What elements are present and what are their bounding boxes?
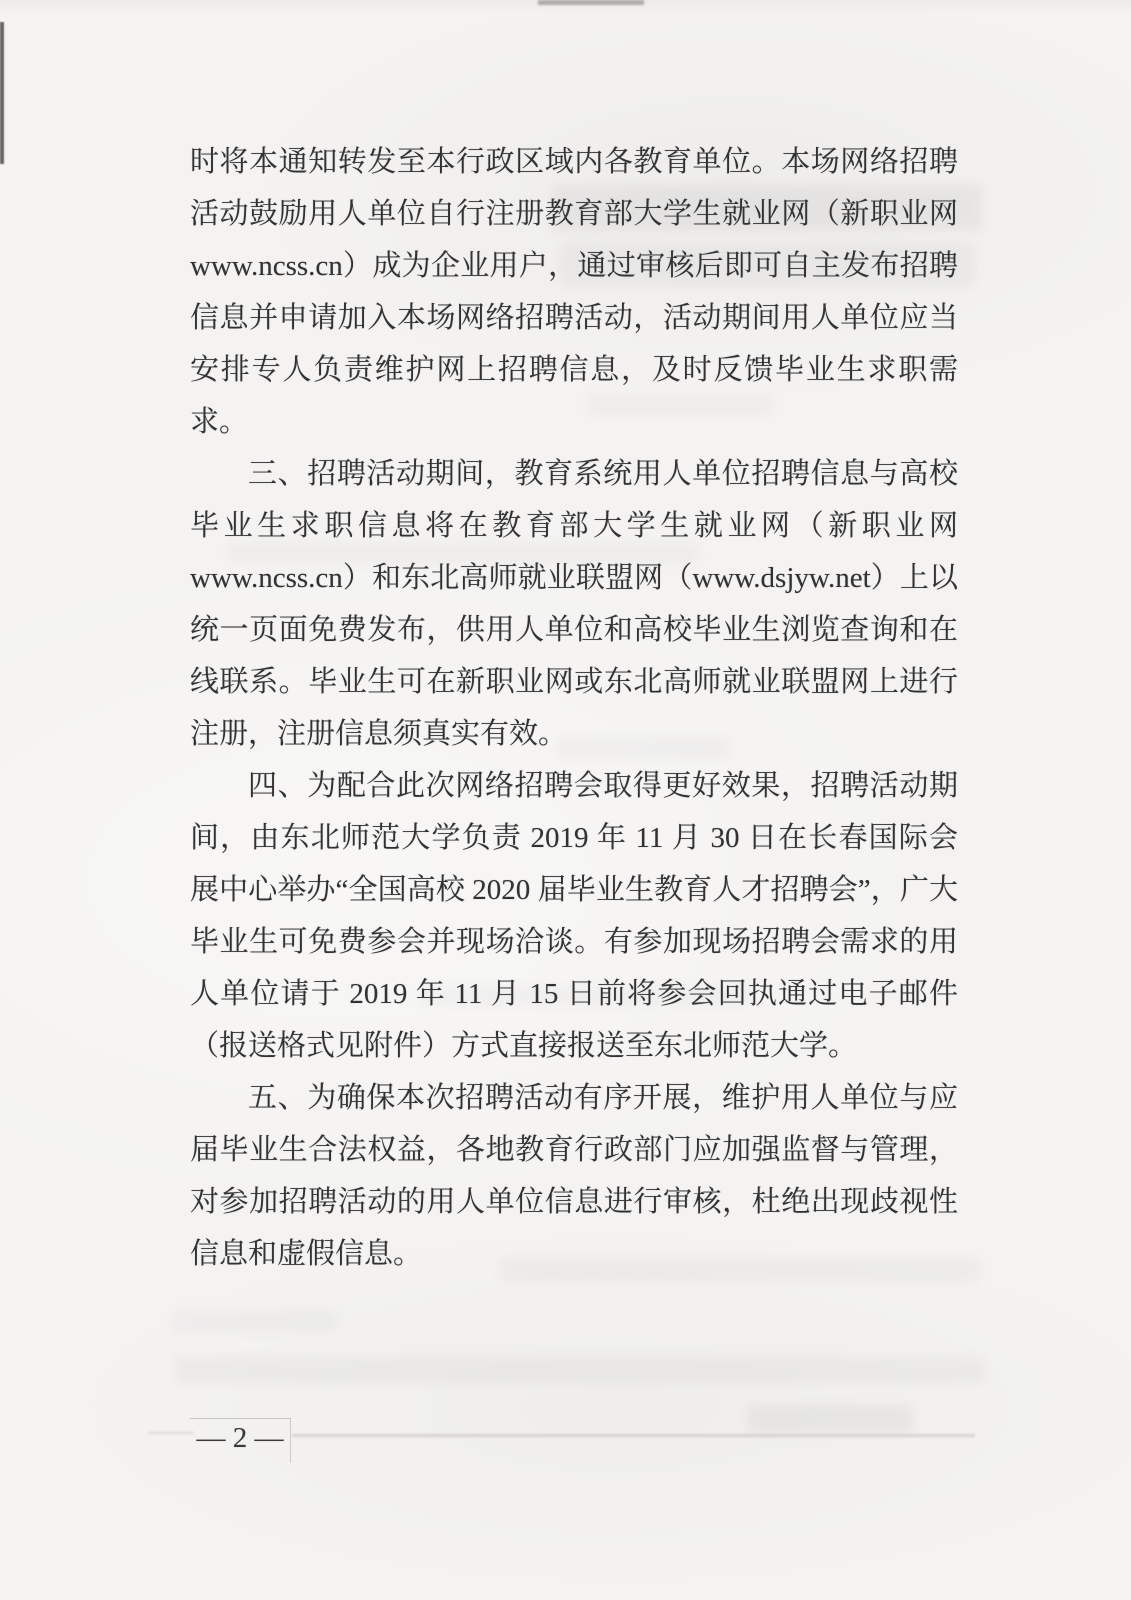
- text-line: 毕业生求职信息将在教育部大学生就业网（新职业网: [190, 500, 958, 552]
- text-line: 安排专人负责维护网上招聘信息，及时反馈毕业生求职需: [190, 344, 958, 396]
- text-line: 四、为配合此次网络招聘会取得更好效果，招聘活动期: [190, 760, 958, 812]
- page-number: — 2 —: [186, 1414, 294, 1462]
- text-line: 注册，注册信息须真实有效。: [190, 708, 958, 760]
- text-line: 对参加招聘活动的用人单位信息进行审核，杜绝出现歧视性: [190, 1176, 958, 1228]
- text-line: 三、招聘活动期间，教育系统用人单位招聘信息与高校: [190, 448, 958, 500]
- text-line: 信息并申请加入本场网络招聘活动，活动期间用人单位应当: [190, 292, 958, 344]
- text-line: 信息和虚假信息。: [190, 1228, 958, 1280]
- text-line: 人单位请于 2019 年 11 月 15 日前将参会回执通过电子邮件: [190, 968, 958, 1020]
- text-line: 统一页面免费发布，供用人单位和高校毕业生浏览查询和在: [190, 604, 958, 656]
- bleed-through-mark: [175, 1357, 985, 1383]
- text-line: 五、为确保本次招聘活动有序开展，维护用人单位与应: [190, 1072, 958, 1124]
- document-body: 时将本通知转发至本行政区域内各教育单位。本场网络招聘 活动鼓励用人单位自行注册教…: [190, 136, 958, 1280]
- scanner-edge-artifact: [538, 0, 644, 5]
- bleed-through-rule-line: [292, 1434, 975, 1437]
- text-line: 毕业生可免费参会并现场洽谈。有参加现场招聘会需求的用: [190, 916, 958, 968]
- text-line: 求。: [190, 396, 958, 448]
- text-line: （报送格式见附件）方式直接报送至东北师范大学。: [190, 1020, 958, 1072]
- text-line: www.ncss.cn）和东北高师就业联盟网（www.dsjyw.net）上以: [190, 552, 958, 604]
- text-line: 线联系。毕业生可在新职业网或东北高师就业联盟网上进行: [190, 656, 958, 708]
- text-line: 间，由东北师范大学负责 2019 年 11 月 30 日在长春国际会: [190, 812, 958, 864]
- scanner-edge-artifact: [0, 22, 4, 164]
- text-line: www.ncss.cn）成为企业用户，通过审核后即可自主发布招聘: [190, 240, 958, 292]
- bleed-through-mark: [748, 1405, 913, 1433]
- text-line: 届毕业生合法权益，各地教育行政部门应加强监督与管理，: [190, 1124, 958, 1176]
- text-line: 时将本通知转发至本行政区域内各教育单位。本场网络招聘: [190, 136, 958, 188]
- text-line: 展中心举办“全国高校 2020 届毕业生教育人才招聘会”，广大: [190, 864, 958, 916]
- bleed-through-rule-line: [148, 1432, 194, 1434]
- text-line: 活动鼓励用人单位自行注册教育部大学生就业网（新职业网: [190, 188, 958, 240]
- scanned-document-page: 时将本通知转发至本行政区域内各教育单位。本场网络招聘 活动鼓励用人单位自行注册教…: [0, 0, 1131, 1600]
- bleed-through-mark: [172, 1310, 337, 1332]
